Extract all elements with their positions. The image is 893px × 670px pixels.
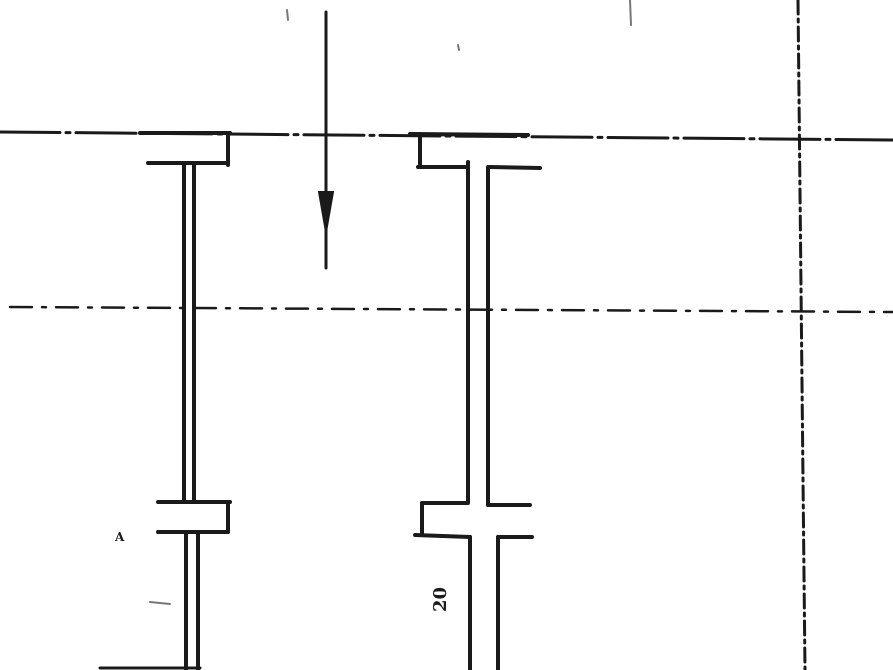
scan-noise [150, 0, 631, 604]
left-joint-label: A [114, 530, 125, 544]
horizontal-centerline-middle [10, 307, 893, 312]
load-arrow [319, 12, 333, 268]
right-member-label: 20 [430, 587, 451, 612]
left-member [100, 133, 230, 670]
vertical-centerline-right [798, 0, 805, 670]
technical-drawing: A 20 [0, 0, 893, 670]
